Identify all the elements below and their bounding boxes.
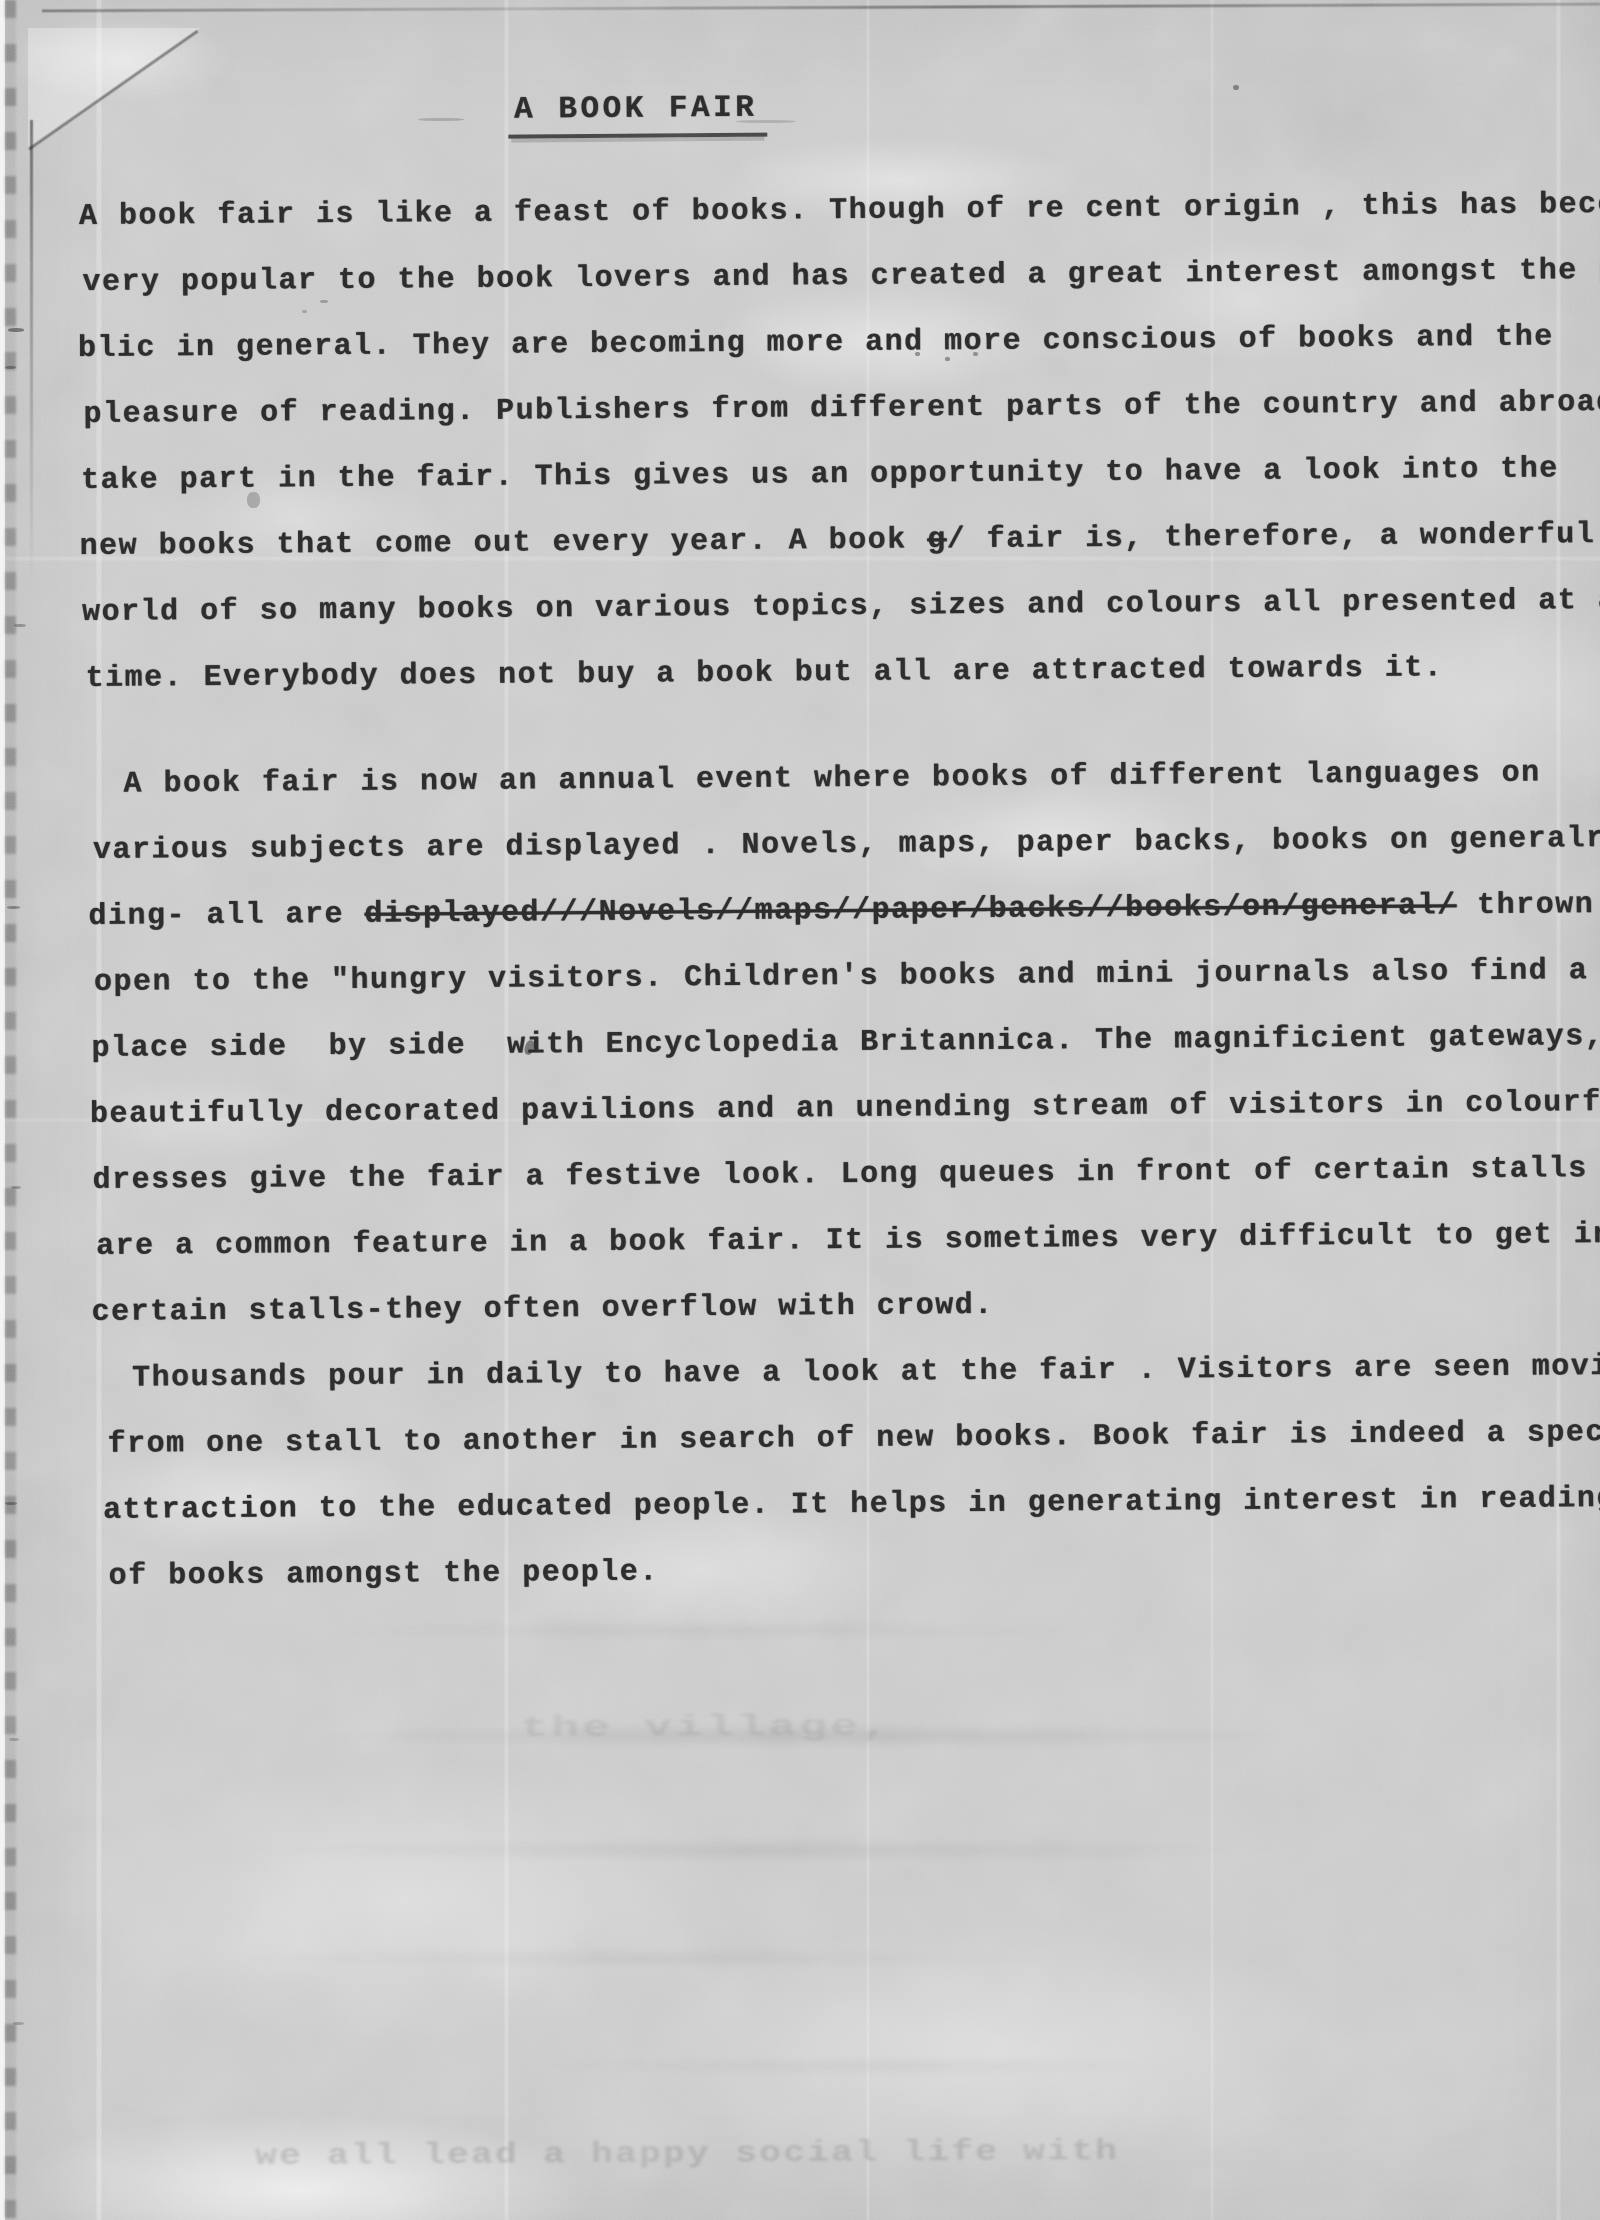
document-body: A book fair is like a feast of books. Th… [79,171,1600,1610]
text-segment: A book fair is now an annual event where… [123,757,1540,802]
page-edge-torn [5,0,16,2220]
ghost-text-line: we all lead a happy social life with [255,2135,1119,2174]
text-line: Thousands pour in daily to have a look a… [104,1333,1600,1412]
text-line: various subjects are displayed . Novels,… [93,805,1600,884]
text-line: world of so many books on various topics… [82,567,1600,646]
text-segment: world of so many books on various topics… [82,584,1600,630]
text-segment: dresses give the fair a festive look. Lo… [92,1152,1600,1198]
text-segment: pleasure of reading. Publishers from dif… [83,386,1600,432]
text-segment: ding- all are [88,898,364,934]
text-line: open to the "hungry visitors. Children's… [94,937,1600,1016]
text-segment: various subjects are displayed . Novels,… [93,822,1600,868]
text-segment: take part in the fair. This gives us an … [81,452,1559,498]
paragraph: Thousands pour in daily to have a look a… [88,1333,1600,1610]
text-line: are a common feature in a book fair. It … [96,1201,1600,1280]
text-segment: from one stall to another in search of n… [107,1416,1600,1462]
text-segment: thrown [1456,888,1594,923]
text-line: attraction to the educated people. It he… [103,1465,1600,1544]
document-page: A BOOK FAIR A book fair is like a feast … [0,0,1600,2220]
text-line: dresses give the fair a festive look. Lo… [92,1135,1600,1214]
page-left-edge-line [30,120,33,580]
struck-text: g [927,523,947,557]
text-line: ding- all are displayed///Novels//maps//… [88,871,1600,950]
paragraph: A book fair is like a feast of books. Th… [79,171,1600,712]
text-segment: / fair is, therefore, a wonderful [947,518,1596,557]
text-segment: are a common feature in a book fair. It … [96,1218,1600,1264]
text-segment: time. Everybody does not buy a book but … [85,651,1443,696]
text-line: place side by side with Encyclopedia Bri… [91,1003,1600,1082]
text-segment: Thousands pour in daily to have a look a… [132,1350,1600,1396]
text-line: very popular to the book lovers and has … [82,237,1600,316]
text-segment: open to the "hungry visitors. Children's… [94,954,1588,1000]
text-line: beautifully decorated pavilions and an u… [90,1069,1600,1148]
ghost-text-line: the village, [520,1710,892,1746]
text-segment: attraction to the educated people. It he… [103,1482,1600,1528]
text-line: A book fair is now an annual event where… [89,739,1600,818]
text-segment: blic in general. They are becoming more … [78,320,1554,366]
document-title: A BOOK FAIR [508,91,767,139]
text-line: take part in the fair. This gives us an … [81,435,1600,514]
text-line: blic in general. They are becoming more … [78,303,1600,382]
page-top-edge-line [42,3,1600,13]
text-line: certain stalls-they often overflow with … [91,1267,1600,1346]
paragraph: A book fair is now an annual event where… [83,739,1600,1346]
struck-text: displayed///Novels//maps//paper/backs//b… [364,889,1456,932]
text-segment: certain stalls-they often overflow with … [91,1289,993,1330]
text-line: A book fair is like a feast of books. Th… [79,171,1600,250]
text-segment: new books that come out every year. A bo… [79,523,927,564]
text-line: time. Everybody does not buy a book but … [85,633,1600,712]
text-segment: beautifully decorated pavilions and an u… [90,1086,1600,1132]
text-line: pleasure of reading. Publishers from dif… [83,369,1600,448]
scanned-document: { "document": { "title": "A BOOK FAIR", … [0,0,1600,2220]
text-line: from one stall to another in search of n… [107,1399,1600,1478]
text-segment: of books amongst the people. [108,1555,658,1593]
text-segment: place side by side with Encyclopedia Bri… [91,1020,1600,1066]
text-segment: very popular to the book lovers and has … [82,254,1600,300]
text-line: new books that come out every year. A bo… [79,501,1600,580]
text-segment: A book fair is like a feast of books. Th… [79,188,1600,234]
text-line: of books amongst the people. [108,1531,1600,1610]
